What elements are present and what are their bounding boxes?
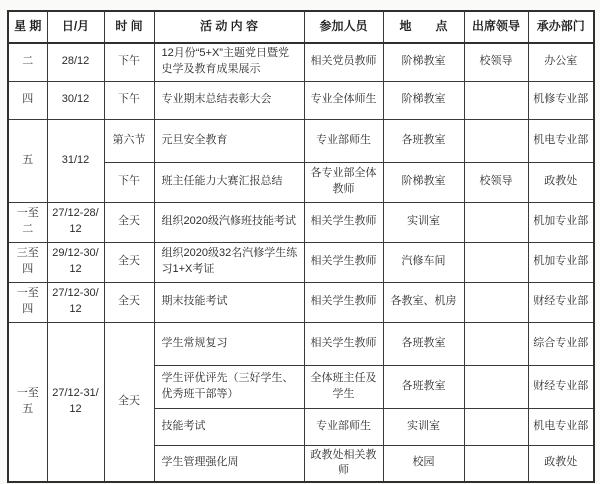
cell-department: 政教处 [528, 445, 594, 482]
cell-activity: 学生常规复习 [154, 322, 304, 365]
cell-week: 五 [8, 119, 47, 202]
cell-time: 下午 [104, 81, 154, 119]
cell-date: 31/12 [47, 119, 104, 202]
cell-leader [464, 81, 528, 119]
cell-time: 全天 [104, 202, 154, 242]
cell-department: 办公室 [528, 43, 594, 81]
cell-week: 一至二 [8, 202, 47, 242]
cell-participants: 相关学生教师 [304, 242, 383, 282]
cell-location: 实训室 [383, 202, 464, 242]
cell-department: 机修专业部 [528, 81, 594, 119]
schedule-sheet: 星 期 日/月 时 间 活 动 内 容 参加人员 地 点 出席领导 承办部门 二… [0, 0, 600, 484]
cell-date: 30/12 [47, 81, 104, 119]
cell-date: 29/12-30/12 [47, 242, 104, 282]
cell-leader [464, 445, 528, 482]
cell-week: 一至四 [8, 282, 47, 322]
cell-leader [464, 202, 528, 242]
cell-participants: 相关党员教师 [304, 43, 383, 81]
cell-time: 全天 [104, 322, 154, 482]
cell-location: 汽修车间 [383, 242, 464, 282]
cell-participants: 政教处相关教师 [304, 445, 383, 482]
cell-date: 27/12-30/12 [47, 282, 104, 322]
cell-department: 机电专业部 [528, 119, 594, 162]
cell-date: 27/12-28/12 [47, 202, 104, 242]
cell-department: 机电专业部 [528, 408, 594, 445]
cell-activity: 组织2020级32名汽修学生练习1+X考证 [154, 242, 304, 282]
cell-location: 阶梯教室 [383, 43, 464, 81]
cell-leader [464, 408, 528, 445]
cell-department: 政教处 [528, 162, 594, 202]
cell-week: 一至五 [8, 322, 47, 482]
cell-location: 各班教室 [383, 119, 464, 162]
cell-location: 各班教室 [383, 365, 464, 408]
cell-department: 机加专业部 [528, 242, 594, 282]
table-row: 三至四 29/12-30/12 全天 组织2020级32名汽修学生练习1+X考证… [8, 242, 594, 282]
table-row: 一至四 27/12-30/12 全天 期末技能考试 相关学生教师 各教室、机房 … [8, 282, 594, 322]
cell-department: 财经专业部 [528, 282, 594, 322]
col-header-department: 承办部门 [528, 11, 594, 43]
table-row: 四 30/12 下午 专业期末总结表彰大会 专业全体师生 阶梯教室 机修专业部 [8, 81, 594, 119]
cell-participants: 相关学生教师 [304, 322, 383, 365]
cell-department: 综合专业部 [528, 322, 594, 365]
col-header-date: 日/月 [47, 11, 104, 43]
cell-location: 校园 [383, 445, 464, 482]
cell-date: 28/12 [47, 43, 104, 81]
cell-leader [464, 282, 528, 322]
cell-leader: 校领导 [464, 43, 528, 81]
table-row: 一至二 27/12-28/12 全天 组织2020级汽修班技能考试 相关学生教师… [8, 202, 594, 242]
cell-location: 阶梯教室 [383, 81, 464, 119]
cell-leader [464, 322, 528, 365]
cell-department: 机加专业部 [528, 202, 594, 242]
cell-department: 财经专业部 [528, 365, 594, 408]
table-row: 一至五 27/12-31/12 全天 学生常规复习 相关学生教师 各班教室 综合… [8, 322, 594, 365]
cell-participants: 各专业部全体教师 [304, 162, 383, 202]
cell-activity: 学生管理强化周 [154, 445, 304, 482]
cell-participants: 全体班主任及学生 [304, 365, 383, 408]
cell-leader [464, 242, 528, 282]
weekly-schedule-table: 星 期 日/月 时 间 活 动 内 容 参加人员 地 点 出席领导 承办部门 二… [7, 10, 595, 483]
col-header-leader: 出席领导 [464, 11, 528, 43]
table-header-row: 星 期 日/月 时 间 活 动 内 容 参加人员 地 点 出席领导 承办部门 [8, 11, 594, 43]
cell-location: 阶梯教室 [383, 162, 464, 202]
cell-location: 各班教室 [383, 322, 464, 365]
cell-location: 各教室、机房 [383, 282, 464, 322]
cell-participants: 专业全体师生 [304, 81, 383, 119]
cell-time: 第六节 [104, 119, 154, 162]
cell-activity: 班主任能力大赛汇报总结 [154, 162, 304, 202]
cell-leader [464, 365, 528, 408]
table-row: 五 31/12 第六节 元旦安全教育 专业部师生 各班教室 机电专业部 [8, 119, 594, 162]
cell-week: 二 [8, 43, 47, 81]
cell-participants: 相关学生教师 [304, 282, 383, 322]
col-header-participants: 参加人员 [304, 11, 383, 43]
cell-time: 全天 [104, 242, 154, 282]
cell-week: 四 [8, 81, 47, 119]
cell-week: 三至四 [8, 242, 47, 282]
cell-location: 实训室 [383, 408, 464, 445]
cell-date: 27/12-31/12 [47, 322, 104, 482]
cell-activity: 技能考试 [154, 408, 304, 445]
cell-leader [464, 119, 528, 162]
cell-time: 全天 [104, 282, 154, 322]
col-header-time: 时 间 [104, 11, 154, 43]
col-header-week: 星 期 [8, 11, 47, 43]
cell-activity: 12月份“5+X”主题党日暨党史学及教育成果展示 [154, 43, 304, 81]
cell-activity: 期末技能考试 [154, 282, 304, 322]
table-row: 二 28/12 下午 12月份“5+X”主题党日暨党史学及教育成果展示 相关党员… [8, 43, 594, 81]
cell-leader: 校领导 [464, 162, 528, 202]
col-header-activity: 活 动 内 容 [154, 11, 304, 43]
cell-participants: 相关学生教师 [304, 202, 383, 242]
cell-activity: 专业期末总结表彰大会 [154, 81, 304, 119]
cell-activity: 学生评优评先（三好学生、优秀班干部等） [154, 365, 304, 408]
cell-activity: 组织2020级汽修班技能考试 [154, 202, 304, 242]
cell-time: 下午 [104, 43, 154, 81]
cell-participants: 专业部师生 [304, 408, 383, 445]
cell-time: 下午 [104, 162, 154, 202]
cell-participants: 专业部师生 [304, 119, 383, 162]
cell-activity: 元旦安全教育 [154, 119, 304, 162]
col-header-location: 地 点 [383, 11, 464, 43]
